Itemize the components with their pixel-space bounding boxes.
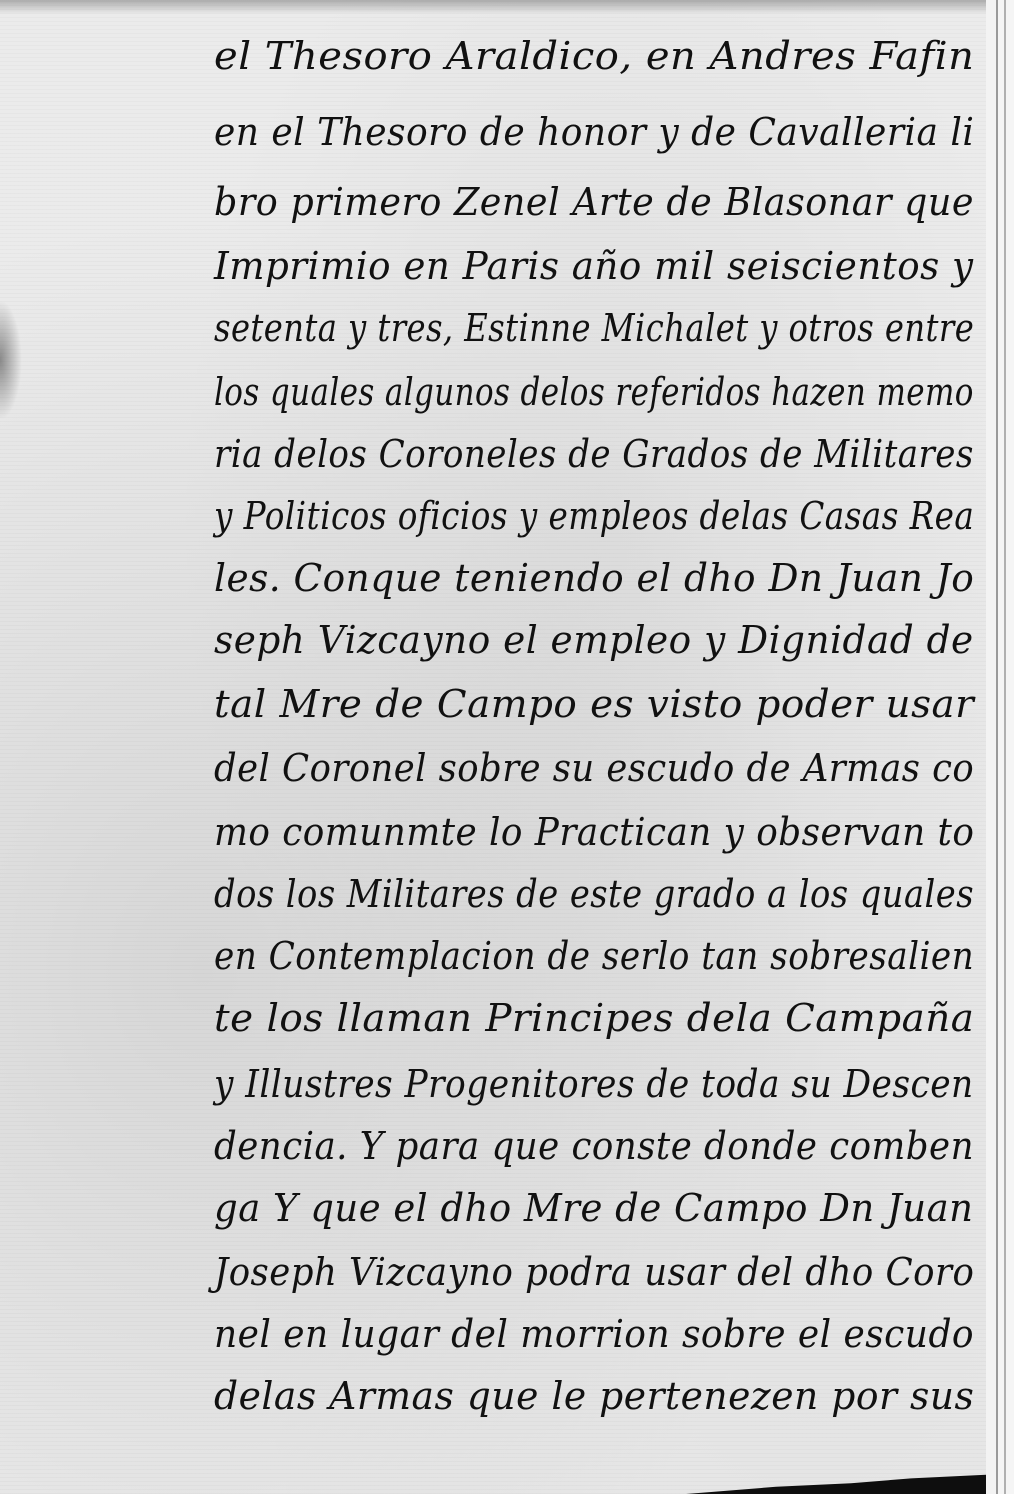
manuscript-line: ria delos Coroneles de Grados de Militar…	[214, 432, 974, 476]
top-edge-shadow	[0, 0, 1014, 14]
manuscript-line: en Contemplacion de serlo tan sobresalie…	[214, 934, 974, 978]
page-right-edge	[986, 0, 1014, 1494]
left-edge-stain	[0, 300, 22, 420]
manuscript-line: setenta y tres, Estinne Michalet y otros…	[214, 306, 974, 350]
manuscript-line: nel en lugar del morrion sobre el escudo	[214, 1312, 974, 1356]
manuscript-line: te los llaman Principes dela Campaña	[214, 996, 974, 1040]
manuscript-line: dos los Militares de este grado a los qu…	[214, 872, 974, 916]
manuscript-line: y Politicos oficios y empleos delas Casa…	[214, 494, 974, 538]
binding-fold-line	[1004, 0, 1006, 1494]
manuscript-line: ga Y que el dho Mre de Campo Dn Juan	[214, 1186, 974, 1230]
manuscript-line: el Thesoro Araldico, en Andres Fafin	[214, 34, 974, 78]
manuscript-line: mo comunmte lo Practican y observan to	[214, 810, 974, 854]
manuscript-line: tal Mre de Campo es visto poder usar	[214, 682, 974, 726]
bottom-torn-edge	[686, 1470, 986, 1494]
manuscript-line: bro primero Zenel Arte de Blasonar que	[214, 180, 974, 224]
manuscript-line: les. Conque teniendo el dho Dn Juan Jo	[214, 556, 974, 600]
manuscript-line: Imprimio en Paris año mil seiscientos y	[214, 244, 974, 288]
manuscript-line: delas Armas que le pertenezen por sus	[214, 1374, 974, 1418]
manuscript-line: del Coronel sobre su escudo de Armas co	[214, 746, 974, 790]
manuscript-page: el Thesoro Araldico, en Andres Fafinen e…	[0, 0, 1014, 1494]
manuscript-line: los quales algunos delos referidos hazen…	[214, 370, 974, 414]
manuscript-line: y Illustres Progenitores de toda su Desc…	[214, 1062, 974, 1106]
manuscript-line: Joseph Vizcayno podra usar del dho Coro	[214, 1250, 974, 1294]
manuscript-line: seph Vizcayno el empleo y Dignidad de	[214, 618, 974, 662]
manuscript-line: dencia. Y para que conste donde comben	[214, 1124, 974, 1168]
manuscript-line: en el Thesoro de honor y de Cavalleria l…	[214, 110, 974, 154]
